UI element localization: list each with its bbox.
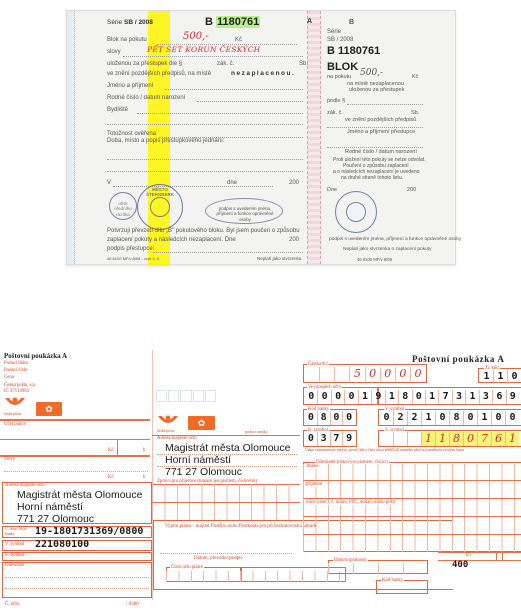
digit-cell: 1 xyxy=(480,370,494,384)
stamp-text: MĚSTO ŠTERNBERK xyxy=(138,187,182,198)
digit-cell: 0 xyxy=(380,411,394,425)
account-label: Č. účtu / Kód banky xyxy=(5,527,33,536)
digit-cell: 8 xyxy=(450,432,464,446)
receipt-code: / 0380 xyxy=(126,602,139,607)
issuer-name: Česká pošta, s.p. xyxy=(4,383,36,388)
confirm-text-2: zaplacení pokuty a následcích nezaplacen… xyxy=(107,237,236,243)
digit-cell: 9 xyxy=(343,432,355,446)
desc-line-1 xyxy=(107,159,303,160)
digit-cell: 2 xyxy=(408,411,422,425)
middle-recipient-line1: Magistrát města Olomouce xyxy=(165,442,290,454)
bank-code-digits: 0800 xyxy=(305,411,355,425)
code-top-line xyxy=(438,552,521,553)
digit-cell: 1 xyxy=(506,432,519,446)
stub-section-line xyxy=(347,104,423,105)
digit-cell: 0 xyxy=(305,411,318,425)
logo-caption: česká pošta xyxy=(4,412,21,416)
digit-cell: 0 xyxy=(492,411,506,425)
pay-date-grid xyxy=(328,563,428,574)
code-bottom-line xyxy=(438,560,521,561)
digit-cell: 3 xyxy=(480,390,493,404)
unpaid-label: nezaplacenou. xyxy=(231,70,295,77)
stub-copy-letter: B xyxy=(349,19,354,26)
ss-box xyxy=(2,552,152,561)
sender-line-1 xyxy=(303,480,521,481)
address-label: ulice (obec), č. domu, PSČ, dodací místo… xyxy=(306,500,396,505)
post-horn-logo-icon-2 xyxy=(157,414,179,428)
amount-digits: 50000 xyxy=(305,367,425,381)
digit-cell: 0 xyxy=(305,432,318,446)
post-logo-box-icon: ✿ xyxy=(36,402,62,416)
pay-date-label: Datum splatnosti xyxy=(333,558,368,563)
stub-currency: Kč xyxy=(412,74,418,80)
account-digits: 0000191801731369 xyxy=(305,390,519,404)
digit-cell xyxy=(335,367,350,381)
cents-label: h xyxy=(143,448,145,453)
vs-label: V. symbol xyxy=(5,542,24,547)
digit-cell: 3 xyxy=(318,432,331,446)
stub-series-label: Série xyxy=(327,29,341,35)
name-line xyxy=(165,89,303,90)
code-label: 03 xyxy=(466,553,471,558)
stub-form-code: 46 8100 MF/v 8/08 xyxy=(357,257,392,262)
stub-amount-value: 500,- xyxy=(360,68,383,78)
words-label: Slovy xyxy=(4,457,15,462)
label-price: Cena xyxy=(4,375,14,380)
signature-label: podpis s uvedením jména, příjmení a funk… xyxy=(212,206,278,222)
middle-dots-2 xyxy=(157,466,297,467)
time-place-label: Doba, místo a popis přestupkového jednán… xyxy=(107,138,224,144)
digit-cell: 6 xyxy=(493,390,506,404)
booklet-spine xyxy=(67,11,75,264)
signature-dots xyxy=(160,553,292,554)
digit-cell: 7 xyxy=(331,432,344,446)
name-label: Jméno xyxy=(306,464,319,469)
residence-line xyxy=(137,113,303,114)
digit-cell: 1 xyxy=(436,432,450,446)
middle-recipient-line2: Horní náměstí xyxy=(165,454,231,466)
name-label: Jméno a příjmení xyxy=(107,83,153,89)
stub-name-label: Jméno a příjmení přestupce xyxy=(347,129,415,135)
digit-cell: 0 xyxy=(506,411,519,425)
amount-label: Blok na pokutu xyxy=(107,37,147,43)
date-signature-label: Datum, převodní podpis xyxy=(194,556,242,561)
digit-cell: 8 xyxy=(399,390,412,404)
currency-label: Kč xyxy=(235,37,242,43)
digit-cell: 1 xyxy=(359,390,372,404)
digit-cell: 0 xyxy=(411,367,425,381)
digit-cell: 0 xyxy=(381,367,396,381)
payer-account-grid xyxy=(166,571,242,582)
copy-letter: A xyxy=(307,18,312,25)
digit-cell: 9 xyxy=(507,390,519,404)
birth-label: Rodné číslo / datum narození xyxy=(107,95,185,101)
digit-cell: 0 xyxy=(508,370,521,384)
post-horn-logo-icon xyxy=(4,396,26,410)
stub-block-number: B 1180761 xyxy=(327,45,380,57)
stub-amount-label: na pokutu xyxy=(327,74,351,80)
digit-cell: 0 xyxy=(318,390,331,404)
digit-cell: 1 xyxy=(422,411,436,425)
digit-cell: 1 xyxy=(386,390,399,404)
fill-note: Údaje zaznamenejte vpravo, první číslici… xyxy=(305,448,464,452)
digit-cell: 0 xyxy=(343,411,355,425)
words-dotted-line xyxy=(4,471,148,472)
payer-account-label: Číslo účtu plátce xyxy=(170,565,204,570)
digit-cell: 0 xyxy=(332,390,345,404)
offence-label: uloženou za přestupek dle § xyxy=(107,61,182,67)
stub-divider-1 xyxy=(0,419,150,421)
desc-line-2 xyxy=(107,171,303,172)
currency-label: Kč xyxy=(108,448,114,453)
vs-value: 221080100 xyxy=(35,539,89,550)
digit-cell: 1 xyxy=(422,432,436,446)
birth-line xyxy=(197,101,303,102)
ks-digits: 0379 xyxy=(305,432,355,446)
words-label: slovy xyxy=(107,49,121,55)
recipient-line2: Horní náměstí xyxy=(17,501,83,513)
digit-cell: 1 xyxy=(466,390,479,404)
digit-cell: 8 xyxy=(450,411,464,425)
digit-cell: 0 xyxy=(413,390,426,404)
block-number: B 1180761 xyxy=(205,16,260,28)
stamp-boxes xyxy=(156,390,216,402)
stub-name-line xyxy=(327,127,423,128)
stub-birth-line xyxy=(327,147,423,148)
digit-cell: 0 xyxy=(464,411,478,425)
words-line xyxy=(123,56,303,57)
offender-signature-line xyxy=(153,252,303,253)
stub-date-label: Dne xyxy=(327,187,337,193)
ss-digits: 1180761 xyxy=(380,432,519,446)
collection-label: Sb. xyxy=(299,61,308,67)
sender-line-3 xyxy=(303,516,521,517)
digit-cell: 0 xyxy=(464,432,478,446)
middle-recipient-label: Adresa majitele účtu xyxy=(157,436,197,441)
label-serial: Podací číslo xyxy=(4,368,27,373)
place-line xyxy=(113,186,273,187)
digit-cell: 7 xyxy=(439,390,452,404)
digit-cell: 0 xyxy=(331,411,344,425)
digit-cell: 2 xyxy=(394,411,408,425)
digit-cell: 0 xyxy=(345,390,358,404)
digit-cell xyxy=(394,432,408,446)
official-stamp: MĚSTO ŠTERNBERK xyxy=(137,184,183,230)
vs-digits: 0221080100 xyxy=(380,411,519,425)
bank-code2-label: Kód banky xyxy=(381,578,404,583)
date-label: dne xyxy=(227,180,237,186)
account-value: 19-1801731369/0800 xyxy=(35,526,143,537)
middle-dots-1 xyxy=(157,454,297,455)
seal-label: otisk úředního razítka xyxy=(112,201,134,217)
stub-year-label: 200 xyxy=(407,187,416,193)
perforation-strip xyxy=(307,11,321,264)
message-mid-line xyxy=(152,502,300,503)
stub-amended-label: ve znění pozdějších předpisů xyxy=(345,117,416,123)
digit-cell: 1 xyxy=(494,370,508,384)
sender-dots-1 xyxy=(5,577,149,578)
signature-oval: podpis s uvedením jména, příjmení a funk… xyxy=(205,198,283,224)
confirm-year: 200 xyxy=(289,237,299,243)
surname-label: příjmení xyxy=(306,482,322,487)
amount-split-line xyxy=(117,439,118,455)
recipient-line1: Magistrát města Olomouce xyxy=(17,489,142,501)
ss-label: S. symbol xyxy=(5,553,24,558)
recipient-line3: 771 27 Olomouc xyxy=(17,513,94,525)
cents-label-2: h xyxy=(143,475,145,480)
stub-title: BLOK xyxy=(327,61,358,73)
digit-cell: 1 xyxy=(426,390,439,404)
stub-line2: uloženou za přestupek xyxy=(349,87,404,93)
year-label: 200 xyxy=(289,180,299,186)
identity-label: Totožnost ověřena xyxy=(107,131,156,137)
payer-fill-label: Vyplní plátce - majitel Postfiru nebo Po… xyxy=(165,524,317,529)
digit-cell: 0 xyxy=(436,411,450,425)
digit-cell: 0 xyxy=(305,390,318,404)
stub-law-label: zák. č. xyxy=(327,110,343,116)
postal-order: Poštovní poukázka A Podací lhůta Podací … xyxy=(0,350,521,610)
tr-code-digits: 110 xyxy=(480,370,521,384)
digit-cell: 0 xyxy=(366,367,381,381)
label-post-office: Podací lhůta xyxy=(4,361,28,366)
stub-official-stamp xyxy=(335,191,377,233)
recipient-label: Adresa majitele účtu xyxy=(5,483,45,488)
stub-signature-label: podpis s uvedením jména, příjmení a funk… xyxy=(329,237,461,242)
stub-series-value: SB / 2008 xyxy=(327,37,353,43)
payer-account-label: Účet plátce xyxy=(4,422,26,427)
digit-cell xyxy=(380,432,394,446)
currency-label-2: Kč xyxy=(108,475,114,480)
code-value: 400 xyxy=(452,560,468,570)
stamp-label: podací razítko xyxy=(245,429,268,434)
digit-cell: 7 xyxy=(478,432,492,446)
amended-label: ve znění pozdějších předpisů, na místě xyxy=(107,71,211,77)
stub-birth-label: Rodné číslo / datum narození xyxy=(345,149,417,155)
digit-cell xyxy=(305,367,320,381)
receipt-label: Č. účtu xyxy=(5,602,19,607)
fine-booklet: Série SB / 2008 B 1180761 A Blok na poku… xyxy=(66,10,456,265)
law-label: zák. č. xyxy=(217,61,234,67)
middle-logo-caption: česká pošta xyxy=(157,429,174,433)
form-code: 46 8100 MF/v 8/08 - vzor č. 4 xyxy=(107,256,159,261)
middle-recipient-line3: 771 27 Olomouc xyxy=(165,466,242,478)
seal-placeholder-circle: otisk úředního razítka xyxy=(109,192,137,220)
digit-cell: 6 xyxy=(492,432,506,446)
digit-cell xyxy=(320,367,335,381)
series-label: Série SB / 2008 xyxy=(107,19,153,26)
sender-box xyxy=(2,562,152,598)
offender-signature-label: podpis přestupce: xyxy=(107,246,154,252)
digit-cell: 9 xyxy=(372,390,385,404)
invalid-label: Neplatí jako stvrzenka xyxy=(257,256,301,261)
stub-divider-2 xyxy=(0,439,150,440)
place-label: V xyxy=(107,180,111,186)
sender-line-4 xyxy=(303,534,521,535)
stub-invalid-label: Neplatí jako stvrzenka o zaplacení pokut… xyxy=(343,247,432,252)
amount-value: 500,- xyxy=(183,31,209,42)
sender-label: Odesílatel xyxy=(5,563,24,568)
stub-divider-3 xyxy=(0,455,150,457)
digit-cell: 3 xyxy=(453,390,466,404)
order-title: Poštovní poukázka A xyxy=(412,354,504,364)
sender-dots-2 xyxy=(5,588,149,589)
digit-cell xyxy=(408,432,422,446)
confirm-text: Potvrzuji převzetí dílu „B" pokutového b… xyxy=(107,228,300,234)
residence-line-2 xyxy=(107,124,303,125)
digit-cell: 8 xyxy=(318,411,331,425)
stub-section-label: podle § xyxy=(327,98,345,104)
code-sep-1 xyxy=(496,552,497,560)
stub-collection-label: Sb. xyxy=(411,110,419,116)
residence-label: Bydliště xyxy=(107,107,128,113)
stub-notice-4: na druhé straně tohoto listu. xyxy=(341,175,403,181)
sender-grid xyxy=(303,464,521,552)
words-value: PĚT SET KORUN ČESKÝCH xyxy=(147,45,261,54)
digit-cell: 1 xyxy=(478,411,492,425)
post-logo-box-icon-2: ✿ xyxy=(188,416,215,430)
digit-cell: 5 xyxy=(350,367,365,381)
issuer-id: IČ 47114983 xyxy=(4,389,29,394)
sender-line-2 xyxy=(303,498,521,499)
digit-cell: 0 xyxy=(396,367,411,381)
code-sep-2 xyxy=(502,552,503,560)
stub-title: Poštovní poukázka A xyxy=(4,352,67,360)
